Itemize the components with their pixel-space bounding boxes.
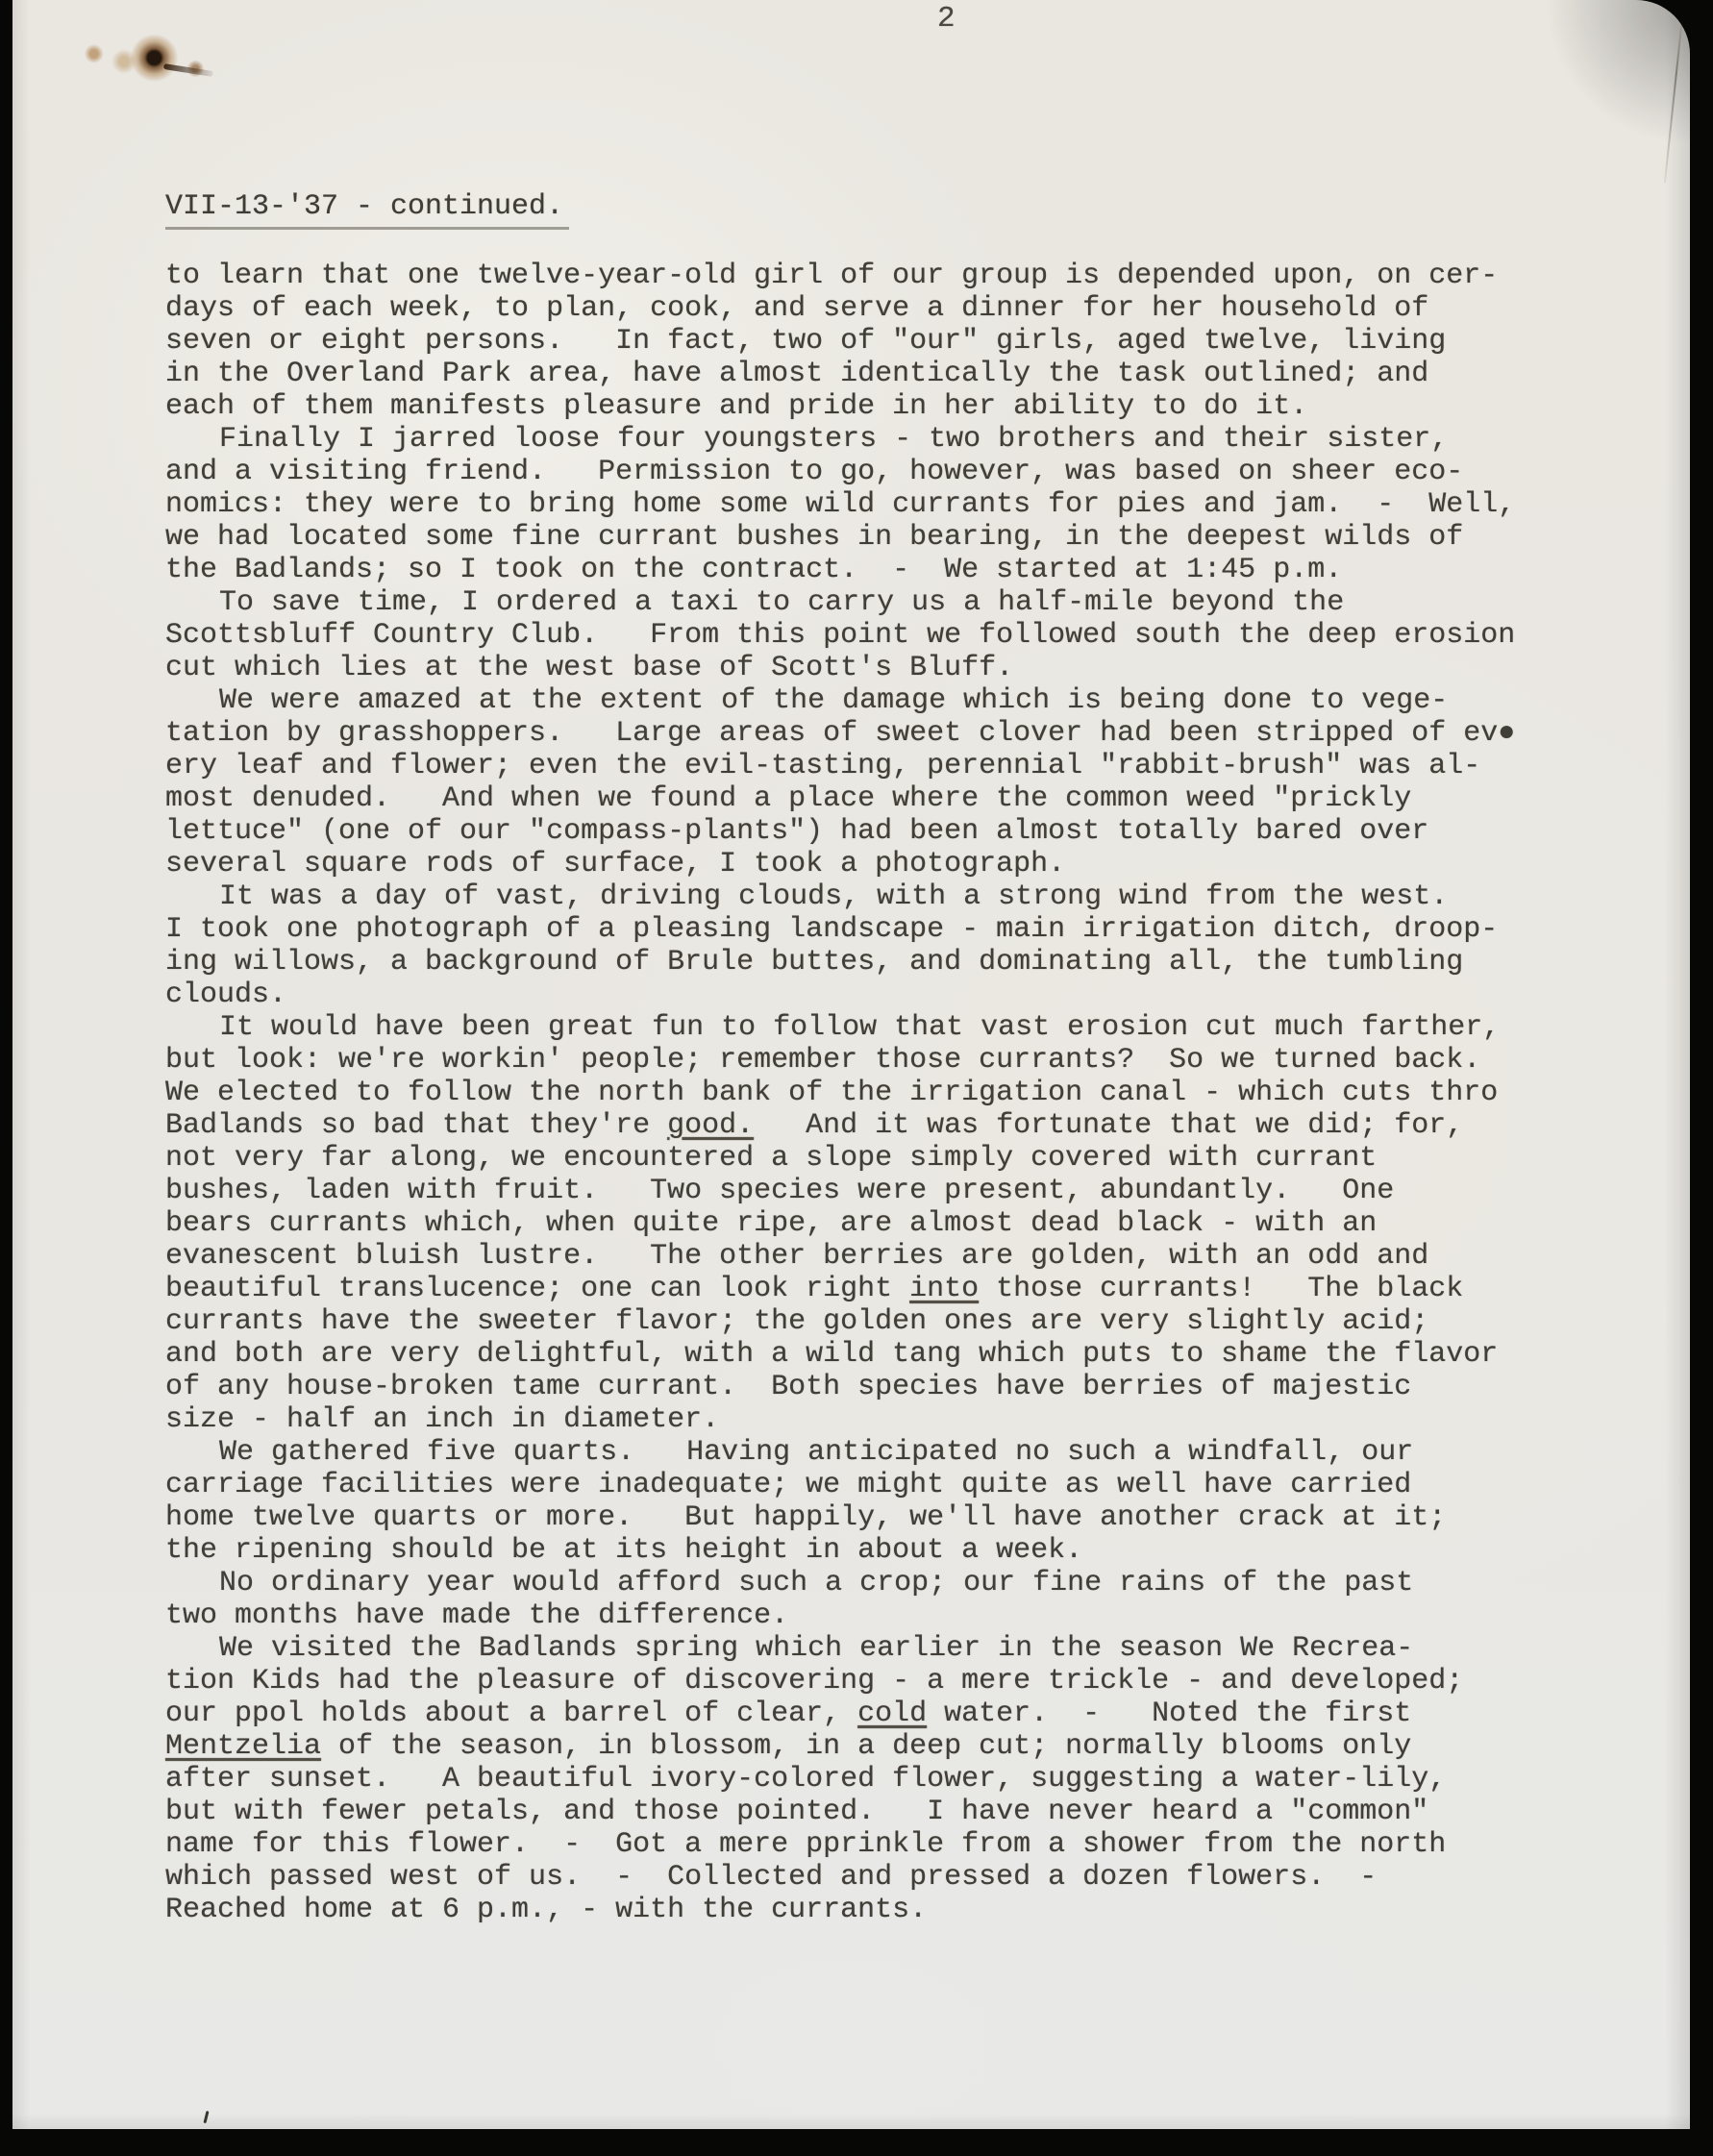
text-line: not very far along, we encountered a slo… (165, 1142, 1515, 1175)
text-line: We gathered five quarts. Having anticipa… (165, 1436, 1515, 1469)
text-line: and both are very delightful, with a wil… (165, 1338, 1515, 1371)
text-line: No ordinary year would afford such a cro… (165, 1567, 1515, 1599)
text-line: the Badlands; so I took on the contract.… (165, 554, 1515, 586)
dust-speck (203, 2111, 209, 2123)
text-line: ery leaf and flower; even the evil-tasti… (165, 750, 1515, 782)
text-line: to learn that one twelve-year-old girl o… (165, 260, 1515, 292)
text-line: size - half an inch in diameter. (165, 1403, 1515, 1436)
text-line: carriage facilities were inadequate; we … (165, 1469, 1515, 1501)
text-line: tation by grasshoppers. Large areas of s… (165, 717, 1515, 750)
underlined-word: into (909, 1273, 979, 1305)
text-line: Badlands so bad that they're good. And i… (165, 1109, 1515, 1142)
text-line: the ripening should be at its height in … (165, 1534, 1515, 1567)
paragraph: We were amazed at the extent of the dama… (165, 684, 1515, 880)
text-line: days of each week, to plan, cook, and se… (165, 292, 1515, 325)
text-line: beautiful translucence; one can look rig… (165, 1273, 1515, 1305)
text-line: cut which lies at the west base of Scott… (165, 652, 1515, 684)
text-line: but with fewer petals, and those pointed… (165, 1796, 1515, 1828)
underlined-word: Mentzelia (165, 1730, 321, 1763)
text-line: tion Kids had the pleasure of discoverin… (165, 1665, 1515, 1698)
page-number: 2 (937, 2, 956, 36)
text-line: Finally I jarred loose four youngsters -… (165, 423, 1515, 456)
text-line: It would have been great fun to follow t… (165, 1011, 1515, 1044)
text-line: and a visiting friend. Permission to go,… (165, 456, 1515, 488)
text-line: our ppol holds about a barrel of clear, … (165, 1698, 1515, 1730)
paper-page: 2 VII-13-'37 - continued. to learn that … (12, 0, 1690, 2129)
text-line: which passed west of us. - Collected and… (165, 1861, 1515, 1894)
date-heading: VII-13-'37 - continued. (165, 190, 569, 230)
text-line: lettuce" (one of our "compass-plants") h… (165, 815, 1515, 848)
paragraph: No ordinary year would afford such a cro… (165, 1567, 1515, 1632)
document-body: to learn that one twelve-year-old girl o… (165, 260, 1515, 1926)
text-line: nomics: they were to bring home some wil… (165, 488, 1515, 521)
paragraph: It would have been great fun to follow t… (165, 1011, 1515, 1436)
text-line: several square rods of surface, I took a… (165, 848, 1515, 880)
text-line: seven or eight persons. In fact, two of … (165, 325, 1515, 358)
text-line: bears currants which, when quite ripe, a… (165, 1207, 1515, 1240)
text-line: home twelve quarts or more. But happily,… (165, 1501, 1515, 1534)
paragraph: to learn that one twelve-year-old girl o… (165, 260, 1515, 423)
text-line: To save time, I ordered a taxi to carry … (165, 586, 1515, 619)
text-line: It was a day of vast, driving clouds, wi… (165, 880, 1515, 913)
text-line: Scottsbluff Country Club. From this poin… (165, 619, 1515, 652)
paragraph: We visited the Badlands spring which ear… (165, 1632, 1515, 1926)
text-line: We were amazed at the extent of the dama… (165, 684, 1515, 717)
underlined-word: good. (667, 1109, 754, 1142)
text-line: ing willows, a background of Brule butte… (165, 946, 1515, 979)
text-line: clouds. (165, 979, 1515, 1011)
text-line: of any house-broken tame currant. Both s… (165, 1371, 1515, 1403)
text-line: name for this flower. - Got a mere pprin… (165, 1828, 1515, 1861)
text-line: after sunset. A beautiful ivory-colored … (165, 1763, 1515, 1796)
paragraph: Finally I jarred loose four youngsters -… (165, 423, 1515, 586)
text-line: but look: we're workin' people; remember… (165, 1044, 1515, 1077)
paragraph: It was a day of vast, driving clouds, wi… (165, 880, 1515, 1011)
scanner-bed: { "page": { "page_number": "2", "heading… (0, 0, 1713, 2156)
text-line: each of them manifests pleasure and prid… (165, 390, 1515, 423)
text-line: most denuded. And when we found a place … (165, 782, 1515, 815)
text-line: bushes, laden with fruit. Two species we… (165, 1175, 1515, 1207)
underlined-word: cold (857, 1698, 927, 1730)
text-line: We visited the Badlands spring which ear… (165, 1632, 1515, 1665)
text-line: Mentzelia of the season, in blossom, in … (165, 1730, 1515, 1763)
text-line: I took one photograph of a pleasing land… (165, 913, 1515, 946)
paragraph: To save time, I ordered a taxi to carry … (165, 586, 1515, 684)
text-line: two months have made the difference. (165, 1599, 1515, 1632)
text-line: Reached home at 6 p.m., - with the curra… (165, 1894, 1515, 1926)
text-line: currants have the sweeter flavor; the go… (165, 1305, 1515, 1338)
text-line: We elected to follow the north bank of t… (165, 1077, 1515, 1109)
text-line: we had located some fine currant bushes … (165, 521, 1515, 554)
paragraph: We gathered five quarts. Having anticipa… (165, 1436, 1515, 1567)
text-line: in the Overland Park area, have almost i… (165, 358, 1515, 390)
text-line: evanescent bluish lustre. The other berr… (165, 1240, 1515, 1273)
rust-stain (70, 27, 229, 87)
paper-crease (1664, 15, 1683, 183)
